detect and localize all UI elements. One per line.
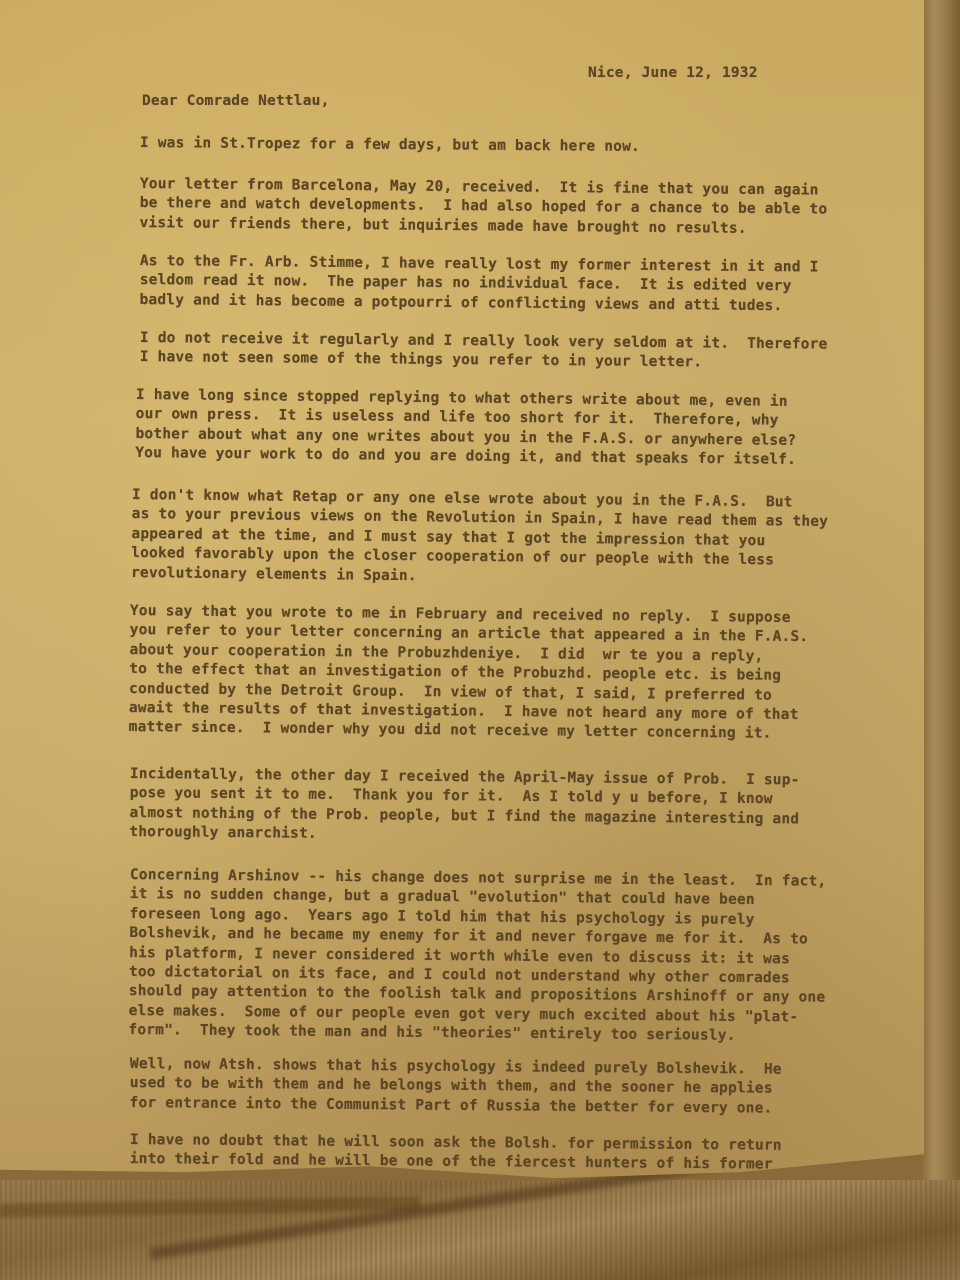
- letter-paragraph: Your letter from Barcelona, May 20, rece…: [139, 175, 827, 240]
- letter-paragraph: Well, now Atsh. shows that his psycholog…: [129, 1055, 781, 1119]
- letter-line: I was in St.Tropez for a few days, but a…: [140, 134, 640, 157]
- letter-paragraph: As to the Fr. Arb. Stimme, I have really…: [139, 252, 818, 317]
- letter-paragraph: I have no doubt that he will soon ask th…: [130, 1131, 782, 1175]
- letter-salutation: Dear Comrade Nettlau,: [142, 92, 330, 111]
- letter-paragraph: Concerning Arshinov -- his change does n…: [128, 866, 826, 1047]
- letter-paragraph: You say that you wrote to me in February…: [129, 602, 809, 745]
- letter-paragraph: I don't know what Retap or any one else …: [131, 486, 829, 591]
- letter-paragraph: I have long since stopped replying to wh…: [135, 386, 797, 471]
- letter-date: Nice, June 12, 1932: [588, 64, 758, 83]
- letter-page: Nice, June 12, 1932 Dear Comrade Nettlau…: [0, 0, 924, 1190]
- letter-paragraph: Incidentally, the other day I received t…: [129, 765, 799, 849]
- letter-paragraph: I was in St.Tropez for a few days, but a…: [140, 134, 640, 157]
- folder-edge: [922, 0, 960, 1280]
- letter-paragraph: I do not receive it regularly and I real…: [140, 329, 828, 374]
